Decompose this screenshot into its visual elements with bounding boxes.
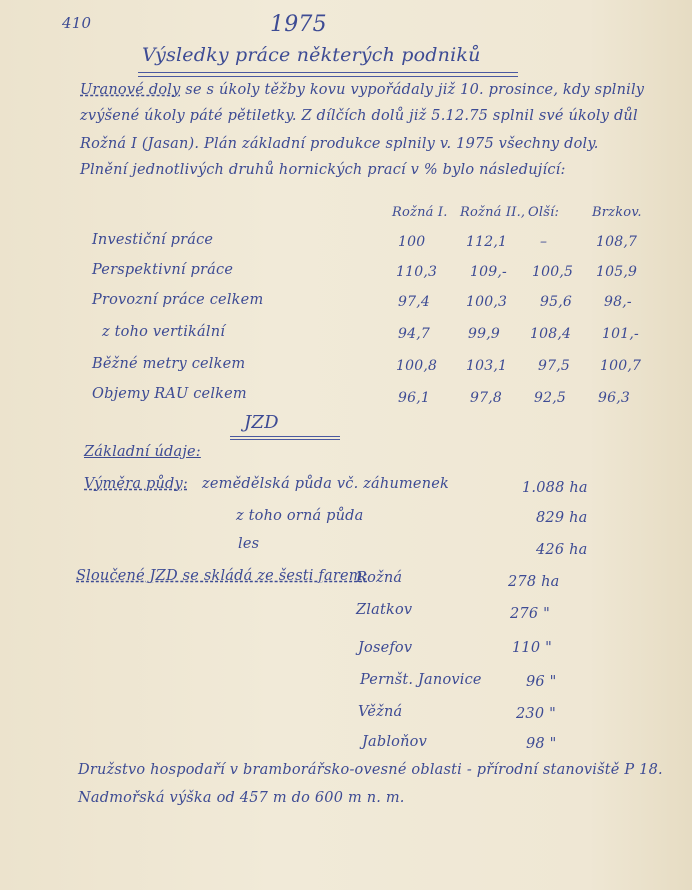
table-cell: 101,- (602, 326, 639, 342)
intro-line-4: Plnění jednotlivých druhů hornických pra… (80, 162, 566, 178)
farm-value: 110 " (512, 640, 552, 656)
farm-value: 96 " (526, 674, 557, 690)
table-cell: 95,6 (540, 294, 572, 310)
table-cell: 110,3 (396, 264, 437, 280)
page-title: Výsledky práce některých podniků (142, 44, 481, 66)
table-cell: 96,1 (398, 390, 430, 406)
table-cell: 92,5 (534, 390, 566, 406)
basic-data-heading: Základní údaje: (84, 444, 201, 460)
column-header: Olší: (528, 205, 559, 220)
table-cell: 99,9 (468, 326, 500, 342)
table-cell: 100,7 (600, 358, 641, 374)
page-number: 410 (62, 14, 91, 32)
row-label: z toho vertikální (102, 324, 225, 340)
farm-value: 98 " (526, 736, 557, 752)
table-cell: 96,3 (598, 390, 630, 406)
row-label: Objemy RAU celkem (92, 386, 247, 402)
farm-value: 276 " (510, 606, 550, 622)
jzd-underline (230, 436, 340, 440)
table-cell: 103,1 (466, 358, 507, 374)
table-cell: 100 (398, 234, 425, 250)
row-label: Provozní práce celkem (92, 292, 263, 308)
table-cell: 108,4 (530, 326, 571, 342)
footer-line-1: Družstvo hospodaří v bramborářsko-ovesné… (78, 762, 663, 778)
intro-line-3: Rožná I (Jasan). Plán základní produkce … (80, 136, 599, 152)
table-cell: 94,7 (398, 326, 430, 342)
farm-value: 230 " (516, 706, 556, 722)
column-header: Rožná I. (392, 205, 448, 220)
table-cell: – (540, 234, 547, 250)
land-item-label: les (238, 536, 259, 552)
land-item-value: 1.088 ha (522, 480, 588, 496)
jzd-heading: JZD (244, 412, 279, 433)
intro-line-2: zvýšené úkoly páté pětiletky. Z dílčích … (80, 108, 638, 124)
footer-line-2: Nadmořská výška od 457 m do 600 m n. m. (78, 790, 405, 806)
land-item-label: zemědělská půda vč. záhumenek (202, 476, 449, 492)
farm-name: Věžná (358, 704, 402, 720)
table-cell: 108,7 (596, 234, 637, 250)
farm-name: Zlatkov (356, 602, 412, 618)
land-area-label: Výměra půdy: (84, 476, 188, 492)
farm-name: Rožná (356, 570, 402, 586)
table-cell: 105,9 (596, 264, 637, 280)
column-header: Brzkov. (592, 205, 642, 220)
farm-name: Pernšt. Janovice (360, 672, 482, 688)
farm-name: Josefov (358, 640, 412, 656)
table-cell: 112,1 (466, 234, 507, 250)
table-cell: 97,5 (538, 358, 570, 374)
farm-name: Jabloňov (362, 734, 427, 750)
land-item-label: z toho orná půda (236, 508, 363, 524)
row-label: Perspektivní práce (92, 262, 233, 278)
land-item-value: 829 ha (536, 510, 587, 526)
year-heading: 1975 (270, 12, 327, 37)
farms-label: Sloučené JZD se skládá ze šesti farem: (76, 568, 368, 584)
table-cell: 100,5 (532, 264, 573, 280)
table-cell: 97,4 (398, 294, 430, 310)
table-cell: 100,3 (466, 294, 507, 310)
uranium-mines-label: Uranové doly (80, 82, 181, 98)
column-header: Rožná II., (460, 205, 525, 220)
intro-line-1: Uranové doly se s úkoly těžby kovu vypoř… (80, 82, 644, 98)
table-cell: 97,8 (470, 390, 502, 406)
title-underline (138, 72, 518, 77)
farm-value: 278 ha (508, 574, 559, 590)
table-cell: 100,8 (396, 358, 437, 374)
table-cell: 109,- (470, 264, 507, 280)
row-label: Investiční práce (92, 232, 213, 248)
land-item-value: 426 ha (536, 542, 587, 558)
row-label: Běžné metry celkem (92, 356, 245, 372)
table-cell: 98,- (604, 294, 632, 310)
